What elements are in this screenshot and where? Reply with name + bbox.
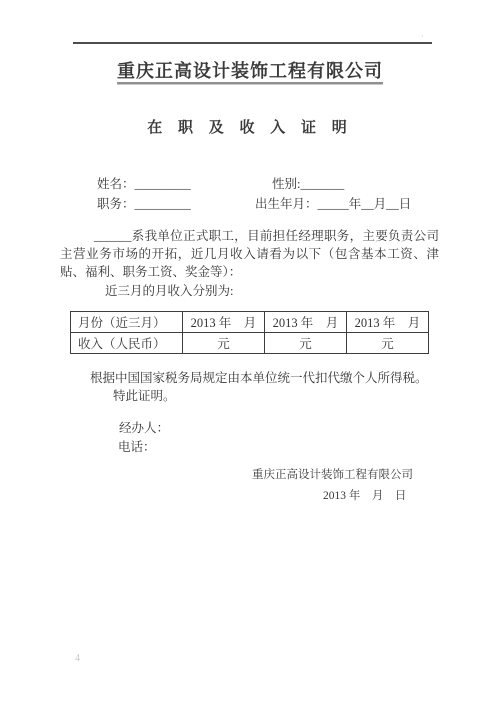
recent-income-line: 近三月的月收入分别为: (105, 281, 233, 299)
scan-artifact-bottom-left: 4 (75, 653, 80, 664)
gender-blank: _______ (300, 177, 344, 191)
intro-paragraph: ______系我单位正式职工，目前担任经理职务，主要负责公司主营业务市场的开拓，… (60, 227, 439, 281)
birthdate-blank: _____年__月__日 (318, 197, 412, 211)
company-title: 重庆正高设计装饰工程有限公司 (0, 57, 500, 83)
name-field: 姓名：_________ (97, 174, 272, 194)
personal-info-fields: 姓名：_________ 性别:_______ 职务：_________ 出生年… (97, 174, 440, 214)
field-row-1: 姓名：_________ 性别:_______ (97, 174, 440, 194)
income-cell-2: 元 (265, 333, 347, 354)
handler-label: 经办人： (119, 418, 169, 436)
income-table: 月份（近三月） 2013 年 月 2013 年 月 2013 年 月 收入（人民… (70, 311, 429, 354)
income-cell-1: 元 (183, 333, 265, 354)
income-row-header: 收入（人民币） (71, 333, 183, 354)
certified-statement: 特此证明。 (113, 386, 176, 404)
name-label: 姓名： (97, 177, 135, 191)
month-row-header: 月份（近三月） (71, 312, 183, 333)
document-title: 在 职 及 收 入 证 明 (0, 116, 500, 137)
table-row-income: 收入（人民币） 元 元 元 (71, 333, 429, 354)
certificate-page: · 重庆正高设计装饰工程有限公司 在 职 及 收 入 证 明 姓名：______… (0, 0, 500, 708)
signature-date: 2013 年 月 日 (323, 487, 406, 503)
company-title-text: 重庆正高设计装饰工程有限公司 (117, 61, 383, 84)
position-label: 职务： (97, 197, 135, 211)
signature-company: 重庆正高设计装饰工程有限公司 (252, 466, 413, 482)
top-horizontal-rule (73, 42, 432, 44)
scan-artifact-top-right: · (421, 32, 424, 41)
phone-label: 电话： (118, 437, 156, 455)
tax-note: 根据中国国家税务局规定由本单位统一代扣代缴个人所得税。 (90, 368, 428, 386)
position-field: 职务：_________ (97, 194, 255, 214)
table-row-month: 月份（近三月） 2013 年 月 2013 年 月 2013 年 月 (71, 312, 429, 333)
month-cell-1: 2013 年 月 (183, 312, 265, 333)
name-blank: _________ (135, 177, 191, 191)
gender-label: 性别: (272, 177, 300, 191)
income-cell-3: 元 (347, 333, 429, 354)
birthdate-field: 出生年月：_____年__月__日 (255, 194, 411, 214)
gender-field: 性别:_______ (272, 174, 344, 194)
field-row-2: 职务：_________ 出生年月：_____年__月__日 (97, 194, 440, 214)
month-cell-2: 2013 年 月 (265, 312, 347, 333)
position-blank: _________ (135, 197, 191, 211)
month-cell-3: 2013 年 月 (347, 312, 429, 333)
birthdate-label: 出生年月： (255, 197, 318, 211)
